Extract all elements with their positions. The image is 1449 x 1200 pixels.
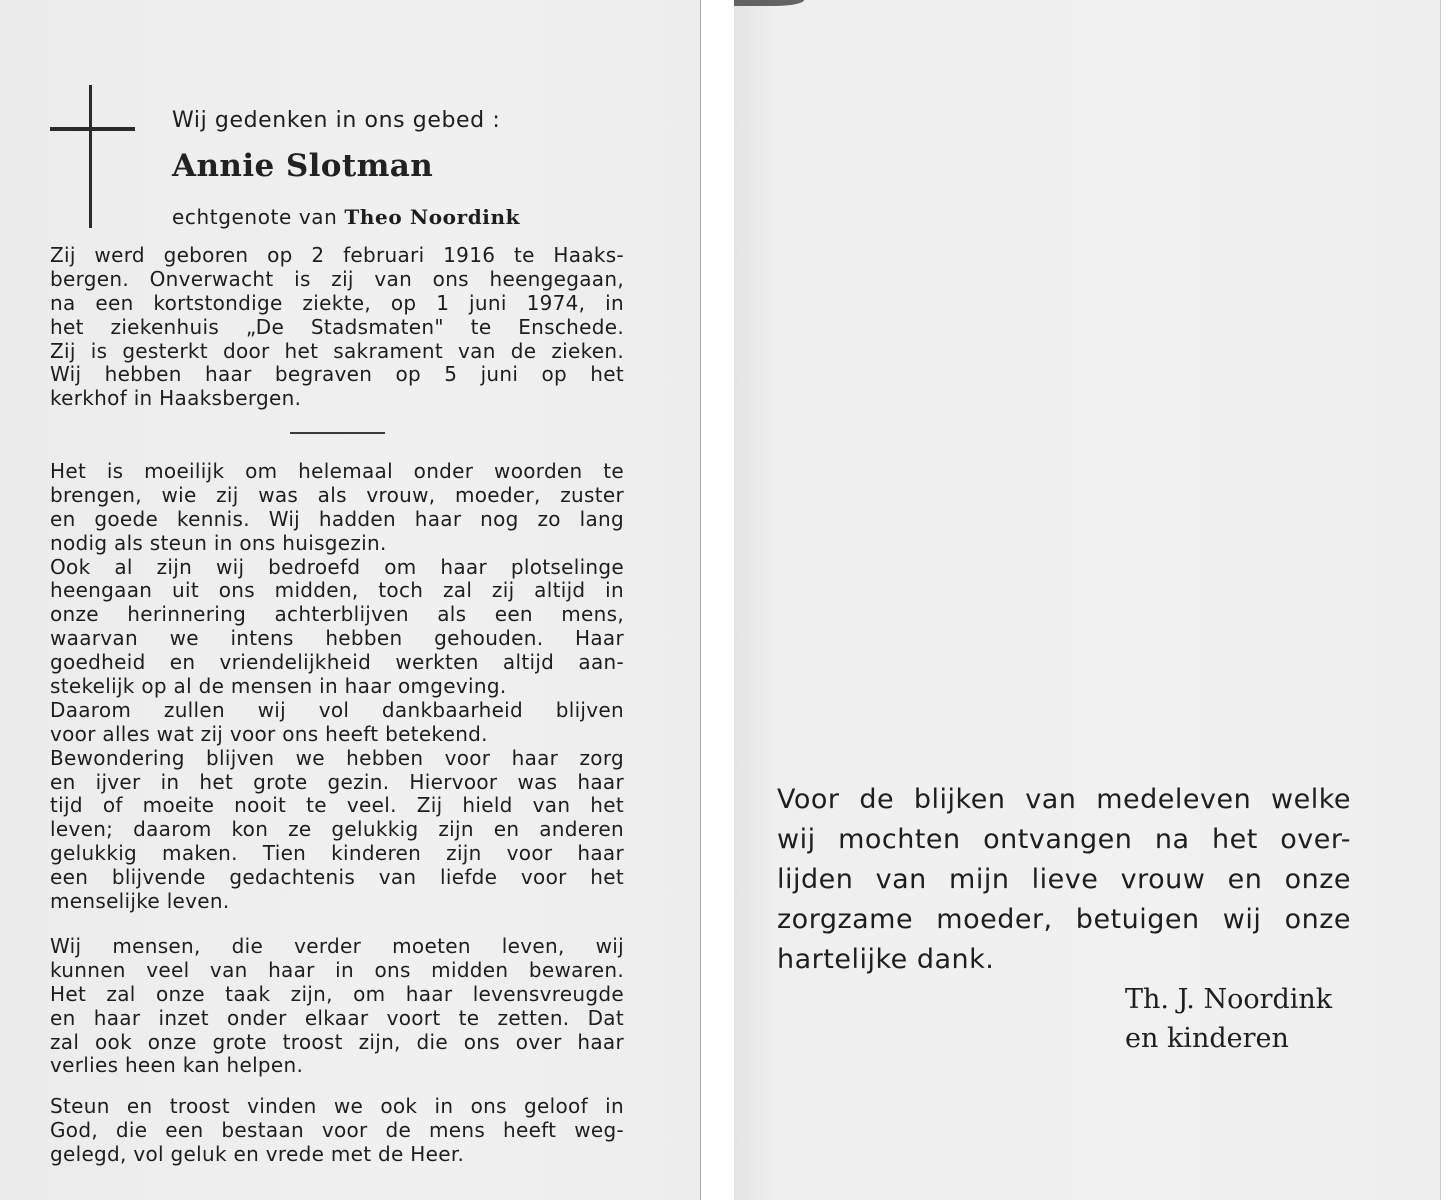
text-line: Wij hebben haar begraven op 5 juni op he… xyxy=(50,363,624,387)
text-line: en ijver in het grote gezin. Hiervoor wa… xyxy=(50,771,624,795)
cross-icon-bar xyxy=(50,127,135,131)
text-line: kunnen veel van haar in ons midden bewar… xyxy=(50,959,624,983)
text-line: gelukkig maken. Tien kinderen zijn voor … xyxy=(50,842,624,866)
text-line: het ziekenhuis „De Stadsmaten" te Ensche… xyxy=(50,316,624,340)
text-line: zal ook onze grote troost zijn, die ons … xyxy=(50,1031,624,1055)
text-line: voor alles wat zij voor ons heeft beteke… xyxy=(50,723,624,747)
text-line: leven; daarom kon ze gelukkig zijn en an… xyxy=(50,818,624,842)
text-line: stekelijk op al de mensen in haar omgevi… xyxy=(50,675,624,699)
text-line: heengaan uit ons midden, toch zal zij al… xyxy=(50,579,624,603)
text-line: Het zal onze taak zijn, om haar levensvr… xyxy=(50,983,624,1007)
text-line: waarvan we intens hebben gehouden. Haar xyxy=(50,627,624,651)
cross-icon xyxy=(89,85,92,228)
text-line: na een kortstondige ziekte, op 1 juni 19… xyxy=(50,292,624,316)
text-line: Ook al zijn wij bedroefd om haar plotsel… xyxy=(50,556,624,580)
memorial-card-front: Wij gedenken in ons gebed : Annie Slotma… xyxy=(0,0,701,1200)
spouse-line: echtgenote van Theo Noordink xyxy=(172,205,520,229)
text-line: verlies heen kan helpen. xyxy=(50,1054,624,1078)
text-line: bergen. Onverwacht is zij van ons heenge… xyxy=(50,268,624,292)
text-line: hartelijke dank. xyxy=(777,940,1351,980)
text-line: gelegd, vol geluk en vrede met de Heer. xyxy=(50,1143,624,1167)
text-line: en haar inzet onder elkaar voort te zett… xyxy=(50,1007,624,1031)
text-line: God, die een bestaan voor de mens heeft … xyxy=(50,1119,624,1143)
spouse-name: Theo Noordink xyxy=(344,205,520,229)
signature-family: en kinderen xyxy=(1125,1019,1332,1058)
biography: Zij werd geboren op 2 februari 1916 te H… xyxy=(50,244,624,411)
text-line: en goede kennis. Wij hadden haar nog zo … xyxy=(50,508,624,532)
signature: Th. J. Noordink en kinderen xyxy=(1125,980,1332,1058)
text-line: Het is moeilijk om helemaal onder woorde… xyxy=(50,460,624,484)
text-line: Steun en troost vinden we ook in ons gel… xyxy=(50,1095,624,1119)
text-line: nodig als steun in ons huisgezin. xyxy=(50,532,624,556)
intro-text: Wij gedenken in ons gebed : xyxy=(172,108,500,133)
text-line: zorgzame moeder, betuigen wij onze xyxy=(777,900,1351,940)
memorial-card-back xyxy=(734,0,1441,1200)
text-line: Voor de blijken van medeleven welke xyxy=(777,780,1351,820)
divider xyxy=(290,432,385,434)
text-line: wij mochten ontvangen na het over- xyxy=(777,820,1351,860)
text-line: goedheid en vriendelijkheid werkten alti… xyxy=(50,651,624,675)
text-line: Zij is gesterkt door het sakrament van d… xyxy=(50,340,624,364)
spouse-prefix: echtgenote van xyxy=(172,205,337,229)
paragraph-legacy: Wij mensen, die verder moeten leven, wij… xyxy=(50,935,624,1078)
deceased-name: Annie Slotman xyxy=(172,148,433,184)
signature-name: Th. J. Noordink xyxy=(1125,980,1332,1019)
text-line: tijd of moeite nooit te veel. Zij hield … xyxy=(50,794,624,818)
text-line: lijden van mijn lieve vrouw en onze xyxy=(777,860,1351,900)
text-line: Wij mensen, die verder moeten leven, wij xyxy=(50,935,624,959)
text-line: onze herinnering achterblijven als een m… xyxy=(50,603,624,627)
text-line: kerkhof in Haaksbergen. xyxy=(50,387,624,411)
text-line: een blijvende gedachtenis van liefde voo… xyxy=(50,866,624,890)
text-line: Zij werd geboren op 2 februari 1916 te H… xyxy=(50,244,624,268)
text-line: Bewondering blijven we hebben voor haar … xyxy=(50,747,624,771)
thank-you-message: Voor de blijken van medeleven welke wij … xyxy=(777,780,1351,980)
text-line: menselijke leven. xyxy=(50,890,624,914)
text-line: brengen, wie zij was als vrouw, moeder, … xyxy=(50,484,624,508)
paragraph-tribute: Het is moeilijk om helemaal onder woorde… xyxy=(50,460,624,914)
paragraph-faith: Steun en troost vinden we ook in ons gel… xyxy=(50,1095,624,1167)
text-line: Daarom zullen wij vol dankbaarheid blijv… xyxy=(50,699,624,723)
